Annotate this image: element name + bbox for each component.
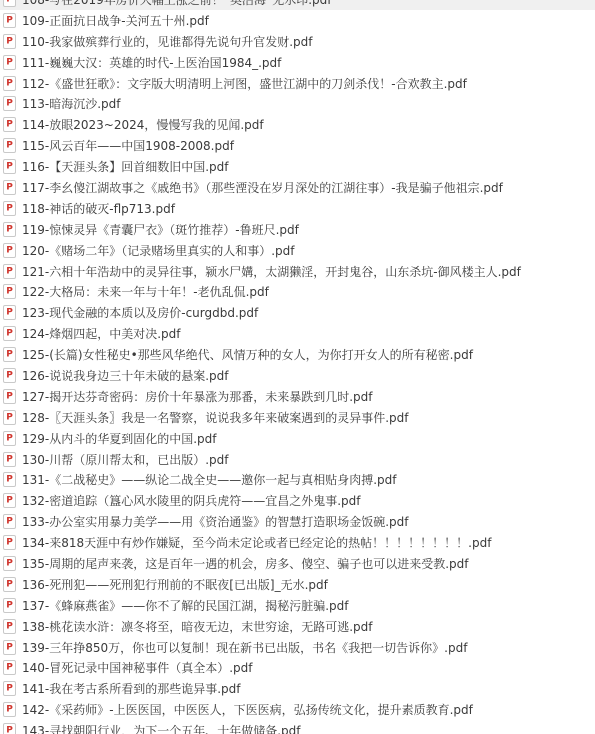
pdf-file-icon: P [3, 347, 16, 362]
file-name[interactable]: 122-大格局：未来一年与十年！-老仇乱侃.pdf [22, 283, 269, 300]
pdf-icon-glyph: P [6, 225, 13, 234]
list-item[interactable]: P 142-《采药师》-上医医国，中医医人，下医医病，弘扬传统文化，提升素质教育… [0, 699, 595, 720]
pdf-icon-glyph: P [6, 497, 13, 506]
list-item[interactable]: P 137-《蜂麻燕雀》——你不了解的民国江湖，揭秘污脏骗.pdf [0, 595, 595, 616]
file-name[interactable]: 138-桃花读水浒：凛冬将至，暗夜无边，末世穷途，无路可逃.pdf [22, 618, 373, 635]
pdf-icon-glyph: P [6, 183, 13, 192]
file-name[interactable]: 127-揭开达芬奇密码：房价十年暴涨为那番，未来暴跌到几时.pdf [22, 388, 373, 405]
file-list: P 108-写在2019年房价大幅上涨之前！“奥浩海”无水印.pdf P 109… [0, 0, 595, 734]
list-item[interactable]: P 112-《盛世狂歌》：文字版大明清明上河图，盛世江湖中的刀剑杀伐！-合欢教主… [0, 73, 595, 94]
pdf-icon-glyph: P [6, 37, 13, 46]
pdf-file-icon: P [3, 138, 16, 153]
pdf-file-icon: P [3, 556, 16, 571]
list-item[interactable]: P 115-风云百年——中国1908-2008.pdf [0, 135, 595, 156]
file-name[interactable]: 120-《赌场二年》（记录赌场里真实的人和事）.pdf [22, 242, 295, 259]
list-item[interactable]: P 127-揭开达芬奇密码：房价十年暴涨为那番，未来暴跌到几时.pdf [0, 386, 595, 407]
file-name[interactable]: 128-〖天涯头条〗我是一名警察，说说我多年来破案遇到的灵异事件.pdf [22, 409, 409, 426]
pdf-file-icon: P [3, 389, 16, 404]
pdf-file-icon: P [3, 326, 16, 341]
pdf-file-icon: P [3, 13, 16, 28]
file-name[interactable]: 126-说说我身边三十年未破的悬案.pdf [22, 367, 229, 384]
pdf-icon-glyph: P [6, 392, 13, 401]
file-name[interactable]: 132-密道追踪（簋心风水陵里的阴兵虎符——宜昌之外鬼事.pdf [22, 492, 361, 509]
file-name[interactable]: 115-风云百年——中国1908-2008.pdf [22, 137, 234, 154]
pdf-file-icon: P [3, 284, 16, 299]
pdf-file-icon: P [3, 493, 16, 508]
pdf-file-icon: P [3, 305, 16, 320]
file-name[interactable]: 110-我家做殡葬行业的，见谁都得先说句升官发财.pdf [22, 33, 313, 50]
file-name[interactable]: 129-从内斗的华夏到固化的中国.pdf [22, 430, 217, 447]
list-item[interactable]: P 139-三年挣850万，你也可以复制！现在新书已出版，书名《我把一切告诉你》… [0, 637, 595, 658]
pdf-file-icon: P [3, 264, 16, 279]
list-item[interactable]: P 116-【天涯头条】回首细数旧中国.pdf [0, 156, 595, 177]
pdf-icon-glyph: P [6, 309, 13, 318]
pdf-icon-glyph: P [6, 518, 13, 527]
pdf-icon-glyph: P [6, 79, 13, 88]
file-name[interactable]: 119-惊悚灵异《青囊尸衣》（斑竹推荐）-鲁班尺.pdf [22, 221, 299, 238]
pdf-file-icon: P [3, 472, 16, 487]
file-name[interactable]: 143-寻找朝阳行业，为下一个五年、十年做储备.pdf [22, 722, 301, 734]
list-item[interactable]: P 141-我在考古系所看到的那些诡异事.pdf [0, 678, 595, 699]
pdf-file-icon: P [3, 702, 16, 717]
file-name[interactable]: 112-《盛世狂歌》：文字版大明清明上河图，盛世江湖中的刀剑杀伐！-合欢教主.p… [22, 75, 467, 92]
file-name[interactable]: 114-放眼2023~2024，慢慢写我的见闻.pdf [22, 116, 264, 133]
file-name[interactable]: 140-冒死记录中国神秘事件（真全本）.pdf [22, 659, 253, 676]
file-name[interactable]: 113-暗海沉沙.pdf [22, 95, 121, 112]
pdf-icon-glyph: P [6, 0, 13, 4]
pdf-file-icon: P [3, 640, 16, 655]
list-item[interactable]: P 143-寻找朝阳行业，为下一个五年、十年做储备.pdf [0, 720, 595, 734]
pdf-icon-glyph: P [6, 706, 13, 715]
pdf-icon-glyph: P [6, 643, 13, 652]
list-item[interactable]: P 118-神话的破灭-flp713.pdf [0, 198, 595, 219]
pdf-icon-glyph: P [6, 434, 13, 443]
list-item[interactable]: P 111-巍巍大汉：英雄的时代-上医治国1984_.pdf [0, 52, 595, 73]
pdf-icon-glyph: P [6, 351, 13, 360]
pdf-icon-glyph: P [6, 267, 13, 276]
pdf-file-icon: P [3, 410, 16, 425]
file-name[interactable]: 116-【天涯头条】回首细数旧中国.pdf [22, 158, 229, 175]
pdf-icon-glyph: P [6, 288, 13, 297]
file-name[interactable]: 135-周期的尾声来袭，这是百年一遇的机会，房多、傻空、骗子也可以进来受教.pd… [22, 555, 469, 572]
list-item[interactable]: P 136-死刑犯——死刑犯行刑前的不眠夜[已出版]_无水.pdf [0, 574, 595, 595]
pdf-file-icon: P [3, 180, 16, 195]
file-name[interactable]: 124-烽烟四起，中美对决.pdf [22, 325, 181, 342]
pdf-icon-glyph: P [6, 16, 13, 25]
file-name[interactable]: 117-李幺傻江湖故事之《戚绝书》（那些湮没在岁月深处的江湖往事）-我是骗子他祖… [22, 179, 503, 196]
list-item[interactable]: P 126-说说我身边三十年未破的悬案.pdf [0, 365, 595, 386]
file-name[interactable]: 108-写在2019年房价大幅上涨之前！“奥浩海”无水印.pdf [22, 0, 331, 8]
pdf-file-icon: P [3, 117, 16, 132]
pdf-file-icon: P [3, 76, 16, 91]
file-name[interactable]: 136-死刑犯——死刑犯行刑前的不眠夜[已出版]_无水.pdf [22, 576, 328, 593]
file-name[interactable]: 130-川帮（原川帮太和，已出版）.pdf [22, 451, 229, 468]
pdf-file-icon: P [3, 0, 16, 7]
pdf-file-icon: P [3, 681, 16, 696]
pdf-file-icon: P [3, 452, 16, 467]
file-name[interactable]: 121-六相十年浩劫中的灵异往事，颍水尸媾，太湖獭淫，开封鬼谷，山东杀坑-御风楼… [22, 263, 521, 280]
list-item[interactable]: P 130-川帮（原川帮太和，已出版）.pdf [0, 449, 595, 470]
pdf-icon-glyph: P [6, 413, 13, 422]
file-name[interactable]: 139-三年挣850万，你也可以复制！现在新书已出版，书名《我把一切告诉你》.p… [22, 639, 467, 656]
list-item[interactable]: P 113-暗海沉沙.pdf [0, 93, 595, 114]
pdf-icon-glyph: P [6, 685, 13, 694]
pdf-icon-glyph: P [6, 539, 13, 548]
pdf-icon-glyph: P [6, 664, 13, 673]
pdf-file-icon: P [3, 619, 16, 634]
list-item[interactable]: P 132-密道追踪（簋心风水陵里的阴兵虎符——宜昌之外鬼事.pdf [0, 490, 595, 511]
pdf-file-icon: P [3, 96, 16, 111]
pdf-icon-glyph: P [6, 601, 13, 610]
file-name[interactable]: 141-我在考古系所看到的那些诡异事.pdf [22, 680, 241, 697]
list-item[interactable]: P 110-我家做殡葬行业的，见谁都得先说句升官发财.pdf [0, 31, 595, 52]
list-item[interactable]: P 122-大格局：未来一年与十年！-老仇乱侃.pdf [0, 281, 595, 302]
list-item[interactable]: P 117-李幺傻江湖故事之《戚绝书》（那些湮没在岁月深处的江湖往事）-我是骗子… [0, 177, 595, 198]
pdf-file-icon: P [3, 598, 16, 613]
pdf-file-icon: P [3, 34, 16, 49]
pdf-icon-glyph: P [6, 121, 13, 130]
pdf-file-icon: P [3, 201, 16, 216]
list-item[interactable]: P 140-冒死记录中国神秘事件（真全本）.pdf [0, 658, 595, 679]
pdf-icon-glyph: P [6, 246, 13, 255]
list-item[interactable]: P 108-写在2019年房价大幅上涨之前！“奥浩海”无水印.pdf [0, 0, 595, 10]
list-item[interactable]: P 120-《赌场二年》（记录赌场里真实的人和事）.pdf [0, 240, 595, 261]
pdf-icon-glyph: P [6, 142, 13, 151]
file-name[interactable]: 125-(长篇)女性秘史•那些风华绝代、风情万种的女人，为你打开女人的所有秘密.… [22, 346, 473, 363]
pdf-file-icon: P [3, 535, 16, 550]
file-name[interactable]: 137-《蜂麻燕雀》——你不了解的民国江湖，揭秘污脏骗.pdf [22, 597, 349, 614]
pdf-file-icon: P [3, 243, 16, 258]
pdf-icon-glyph: P [6, 100, 13, 109]
pdf-icon-glyph: P [6, 580, 13, 589]
file-name[interactable]: 111-巍巍大汉：英雄的时代-上医治国1984_.pdf [22, 54, 281, 71]
file-name[interactable]: 133-办公室实用暴力美学——用《资治通鉴》的智慧打造职场金饭碗.pdf [22, 513, 409, 530]
pdf-icon-glyph: P [6, 58, 13, 67]
list-item[interactable]: P 129-从内斗的华夏到固化的中国.pdf [0, 428, 595, 449]
list-item[interactable]: P 124-烽烟四起，中美对决.pdf [0, 323, 595, 344]
file-name[interactable]: 109-正面抗日战争-关河五十州.pdf [22, 12, 209, 29]
list-item[interactable]: P 138-桃花读水浒：凛冬将至，暗夜无边，末世穷途，无路可逃.pdf [0, 616, 595, 637]
list-item[interactable]: P 134-来818天涯中有炒作嫌疑，至今尚未定论或者已经定论的热帖！！！！！！… [0, 532, 595, 553]
list-item[interactable]: P 121-六相十年浩劫中的灵异往事，颍水尸媾，太湖獭淫，开封鬼谷，山东杀坑-御… [0, 261, 595, 282]
pdf-icon-glyph: P [6, 330, 13, 339]
list-item[interactable]: P 128-〖天涯头条〗我是一名警察，说说我多年来破案遇到的灵异事件.pdf [0, 407, 595, 428]
pdf-icon-glyph: P [6, 559, 13, 568]
pdf-file-icon: P [3, 55, 16, 70]
list-item[interactable]: P 114-放眼2023~2024，慢慢写我的见闻.pdf [0, 114, 595, 135]
pdf-icon-glyph: P [6, 455, 13, 464]
file-name[interactable]: 131-《二战秘史》——纵论二战全史——邀你一起与真相贴身肉搏.pdf [22, 471, 397, 488]
pdf-icon-glyph: P [6, 371, 13, 380]
pdf-file-icon: P [3, 660, 16, 675]
pdf-file-icon: P [3, 368, 16, 383]
list-item[interactable]: P 135-周期的尾声来袭，这是百年一遇的机会，房多、傻空、骗子也可以进来受教.… [0, 553, 595, 574]
file-name[interactable]: 118-神话的破灭-flp713.pdf [22, 200, 175, 217]
list-item[interactable]: P 119-惊悚灵异《青囊尸衣》（斑竹推荐）-鲁班尺.pdf [0, 219, 595, 240]
list-item[interactable]: P 133-办公室实用暴力美学——用《资治通鉴》的智慧打造职场金饭碗.pdf [0, 511, 595, 532]
pdf-icon-glyph: P [6, 163, 13, 172]
pdf-icon-glyph: P [6, 204, 13, 213]
pdf-file-icon: P [3, 723, 16, 734]
list-item[interactable]: P 109-正面抗日战争-关河五十州.pdf [0, 10, 595, 31]
pdf-icon-glyph: P [6, 622, 13, 631]
pdf-file-icon: P [3, 159, 16, 174]
list-item[interactable]: P 125-(长篇)女性秘史•那些风华绝代、风情万种的女人，为你打开女人的所有秘… [0, 344, 595, 365]
file-name[interactable]: 142-《采药师》-上医医国，中医医人，下医医病，弘扬传统文化，提升素质教育.p… [22, 701, 473, 718]
list-item[interactable]: P 123-现代金融的本质以及房价-curgdbd.pdf [0, 302, 595, 323]
file-name[interactable]: 123-现代金融的本质以及房价-curgdbd.pdf [22, 304, 258, 321]
pdf-icon-glyph: P [6, 727, 13, 734]
file-name[interactable]: 134-来818天涯中有炒作嫌疑，至今尚未定论或者已经定论的热帖！！！！！！！！… [22, 534, 491, 551]
pdf-file-icon: P [3, 222, 16, 237]
pdf-file-icon: P [3, 431, 16, 446]
list-item[interactable]: P 131-《二战秘史》——纵论二战全史——邀你一起与真相贴身肉搏.pdf [0, 469, 595, 490]
pdf-file-icon: P [3, 514, 16, 529]
pdf-icon-glyph: P [6, 476, 13, 485]
pdf-file-icon: P [3, 577, 16, 592]
